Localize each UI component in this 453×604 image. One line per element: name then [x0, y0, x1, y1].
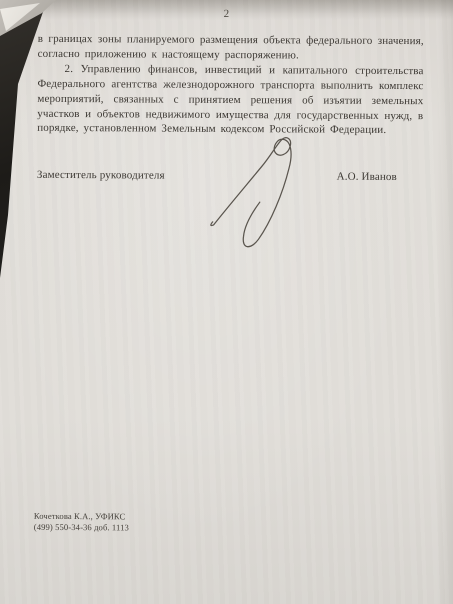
- executor-phone: (499) 550-34-36 доб. 1113: [34, 521, 129, 532]
- signature-row: Заместитель руководителя А.О. Иванов: [37, 169, 423, 183]
- signer-title: Заместитель руководителя: [37, 169, 165, 182]
- body-paragraph-1: в границах зоны планируемого размещения …: [38, 32, 424, 64]
- executor-footer: Кочеткова К.А., УФИКС (499) 550-34-36 до…: [34, 511, 129, 533]
- signer-name: А.О. Иванов: [337, 171, 423, 184]
- document-content: 2 в границах зоны планируемого размещени…: [0, 0, 453, 604]
- document-body: в границах зоны планируемого размещения …: [37, 32, 424, 139]
- executor-name: Кочеткова К.А., УФИКС: [34, 511, 129, 522]
- handwritten-signature: [201, 126, 314, 255]
- page-number: 2: [0, 7, 453, 22]
